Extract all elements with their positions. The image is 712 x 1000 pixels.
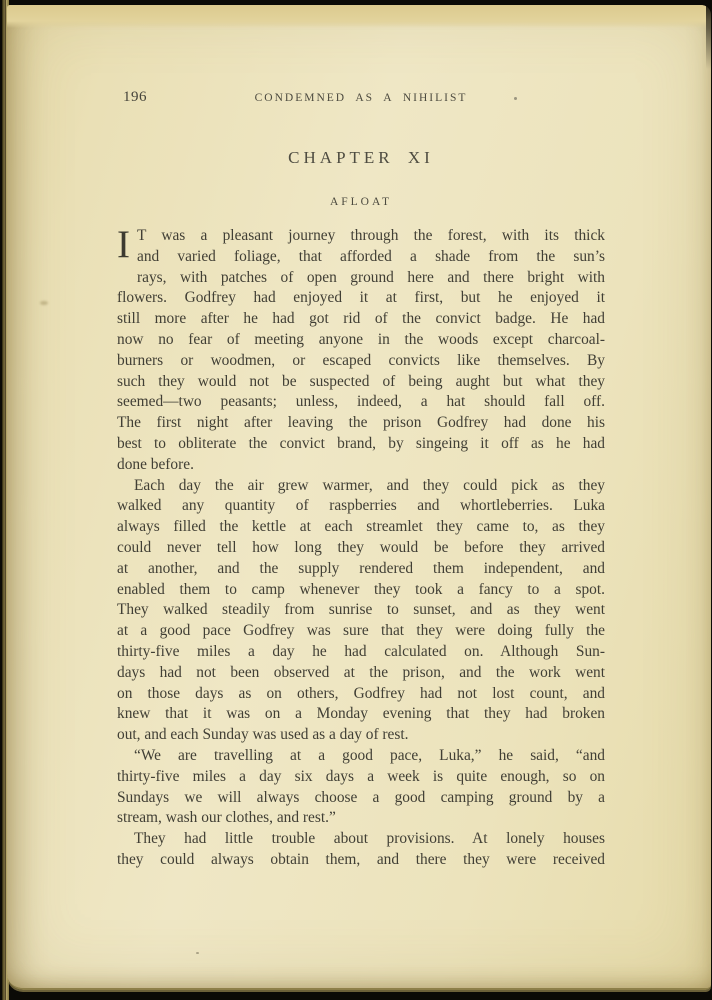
drop-cap: I xyxy=(117,228,130,269)
ink-speck xyxy=(196,952,199,954)
text-line: Sundays we will always choose a good cam… xyxy=(117,788,605,809)
text-line: best to obliterate the convict brand, by… xyxy=(117,434,605,455)
text-line: thirty-five miles a day he had calculate… xyxy=(117,642,605,663)
text-line: enabled them to camp whenever they took … xyxy=(117,580,605,601)
page-top-edge-band xyxy=(7,5,711,28)
text-line: “We are travelling at a good pace, Luka,… xyxy=(117,746,605,767)
text-line: thirty-five miles a day six days a week … xyxy=(117,767,605,788)
text-line: days had not been observed at the prison… xyxy=(117,663,605,684)
paragraph: IT was a pleasant journey through the fo… xyxy=(117,226,605,476)
book-scan: 196 CONDEMNED AS A NIHILIST CHAPTER XI A… xyxy=(0,0,712,1000)
text-line: could never tell how long they would be … xyxy=(117,538,605,559)
text-line: They walked steadily from sunrise to sun… xyxy=(117,600,605,621)
text-line: out, and each Sunday was used as a day o… xyxy=(117,725,605,746)
paragraph: Each day the air grew warmer, and they c… xyxy=(117,476,605,746)
chapter-heading: CHAPTER XI xyxy=(117,148,605,168)
page-corner-shadow xyxy=(706,5,711,69)
text-line: they could always obtain them, and there… xyxy=(117,850,605,871)
text-line: and varied foliage, that afforded a shad… xyxy=(117,247,605,268)
text-line: stream, wash our clothes, and rest.” xyxy=(117,808,605,829)
text-line: They had little trouble about provisions… xyxy=(117,829,605,850)
text-block: IT was a pleasant journey through the fo… xyxy=(117,226,605,871)
text-line: seemed—two peasants; unless, indeed, a h… xyxy=(117,392,605,413)
text-line: T was a pleasant journey through the for… xyxy=(117,226,605,247)
paper-smudge xyxy=(40,301,48,305)
text-line: such they would not be suspected of bein… xyxy=(117,372,605,393)
text-line: done before. xyxy=(117,455,605,476)
text-line: still more after he had got rid of the c… xyxy=(117,309,605,330)
text-line: rays, with patches of open ground here a… xyxy=(117,268,605,289)
section-heading: AFLOAT xyxy=(117,196,605,208)
text-line: always filled the kettle at each streaml… xyxy=(117,517,605,538)
text-line: at a good pace Godfrey was sure that the… xyxy=(117,621,605,642)
text-line: on those days as on others, Godfrey had … xyxy=(117,684,605,705)
text-line: flowers. Godfrey had enjoyed it at first… xyxy=(117,288,605,309)
text-line: at another, and the supply rendered them… xyxy=(117,559,605,580)
text-line: The first night after leaving the prison… xyxy=(117,413,605,434)
text-line: Each day the air grew warmer, and they c… xyxy=(117,476,605,497)
page-header: 196 CONDEMNED AS A NIHILIST xyxy=(117,89,605,107)
text-line: burners or woodmen, or escaped convicts … xyxy=(117,351,605,372)
text-line: knew that it was on a Monday evening tha… xyxy=(117,704,605,725)
running-head: CONDEMNED AS A NIHILIST xyxy=(117,92,605,104)
text-line: now no fear of meeting anyone in the woo… xyxy=(117,330,605,351)
text-line: walked any quantity of raspberries and w… xyxy=(117,496,605,517)
paragraph: They had little trouble about provisions… xyxy=(117,829,605,871)
ink-speck xyxy=(514,97,517,100)
paragraph: “We are travelling at a good pace, Luka,… xyxy=(117,746,605,829)
